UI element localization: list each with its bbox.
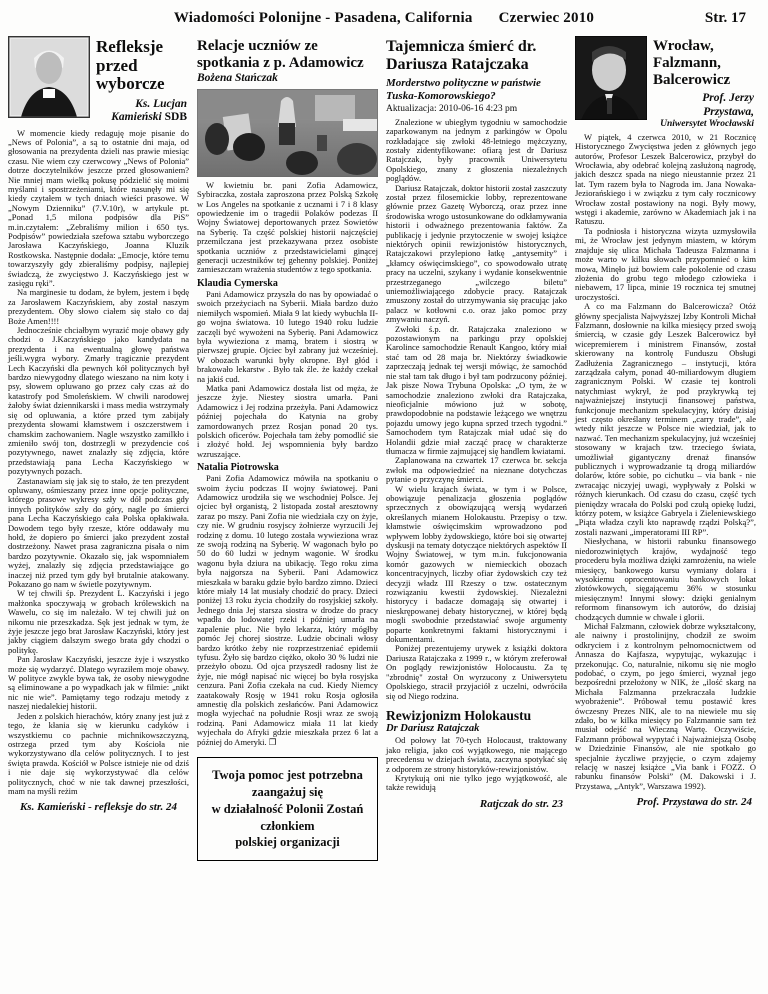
article-relacje: Relacje uczniów ze spotkania z p. Adamow… xyxy=(197,36,378,861)
article-paragraph: Pan Jarosław Kaczyński, jeszcze żyje i w… xyxy=(8,655,189,711)
article-byline: Bożena Stańczak xyxy=(197,72,378,85)
article-subhead: Natalia Piotrowska xyxy=(197,462,378,473)
article-falzmann: Wrocław, Falzmann, Balcerowicz Prof. Jer… xyxy=(575,36,756,861)
article-paragraph: Na marginesie tu dodam, że byłem, jestem… xyxy=(8,288,189,326)
article-title: Relacje uczniów ze spotkania z p. Adamow… xyxy=(197,38,378,72)
article-paragraph: Michał Falzmann, człowiek dobrze wykszta… xyxy=(575,622,756,791)
article-paragraph: Zastanawiam się jak się to stało, że ten… xyxy=(8,477,189,590)
article-paragraph: Ta podniosła i historyczna wizyta uzmysł… xyxy=(575,227,756,302)
article-paragraph: Krytykują oni nie tylko jego wyjątkowość… xyxy=(386,774,567,793)
article-paragraph: W piątek, 4 czerwca 2010, w 21 Rocznicę … xyxy=(575,133,756,227)
article-title: Wrocław, Falzmann, Balcerowicz xyxy=(653,38,756,88)
article-title: Tajemnicza śmierć dr. Dariusza Ratajczak… xyxy=(386,38,567,75)
newspaper-page: Wiadomości Polonijne - Pasadena, Califor… xyxy=(0,0,768,994)
article-paragraph: W momencie kiedy redaguję moje pisanie d… xyxy=(8,129,189,289)
byline-suffix: SDB xyxy=(162,111,187,123)
masthead-title: Wiadomości Polonijne - Pasadena, Califor… xyxy=(174,10,473,26)
article-paragraph: Matka pani Adamowicz dostała list od męż… xyxy=(197,384,378,459)
article-paragraph: Pani Adamowicz przyszła do nas by opowia… xyxy=(197,290,378,384)
article-byline: Prof. Jerzy Przystawa, xyxy=(653,92,756,118)
update-timestamp: Aktualizacja: 2010-06-16 4:23 pm xyxy=(386,104,567,114)
article-subhead: Rewizjonizm Holokaustu xyxy=(386,708,567,723)
balcerowicz-portrait-photo xyxy=(575,36,647,120)
article-header: Wrocław, Falzmann, Balcerowicz Prof. Jer… xyxy=(575,36,756,129)
masthead: Wiadomości Polonijne - Pasadena, Califor… xyxy=(0,10,768,27)
article-paragraph: W wielu krajach świata, w tym i w Polsce… xyxy=(386,485,567,645)
article-paragraph: Od połowy lat 70-tych Holocaust, traktow… xyxy=(386,736,567,774)
article-paragraph: Jeden z polskich hierachów, który znany … xyxy=(8,712,189,797)
article-header: Refleksje przed wyborcze Ks. Lucjan Kami… xyxy=(8,36,189,125)
article-body: Znalezione w ubiegłym tygodniu w samocho… xyxy=(386,118,567,793)
article-body: W kwietniu br. pani Zofia Adamowicz, Syb… xyxy=(197,181,378,747)
article-paragraph: Poniżej prezentujemy urywek z książki do… xyxy=(386,644,567,700)
columns: Refleksje przed wyborcze Ks. Lucjan Kami… xyxy=(8,36,756,861)
article-refleksje: Refleksje przed wyborcze Ks. Lucjan Kami… xyxy=(8,36,189,861)
article-paragraph: W kwietniu br. pani Zofia Adamowicz, Syb… xyxy=(197,181,378,275)
classroom-photo xyxy=(197,89,378,177)
article-byline: Ks. Lucjan Kamieński SDB xyxy=(96,98,189,124)
promo-box: Twoja pomoc jest potrzebna zaangażuj się… xyxy=(197,757,378,861)
article-paragraph: Jednocześnie chciałbym wyrazić moje obaw… xyxy=(8,326,189,477)
article-ratajczak: Tajemnicza śmierć dr. Dariusza Ratajczak… xyxy=(386,36,567,861)
article-paragraph: Pani Zofia Adamowicz mówiła na spotkaniu… xyxy=(197,474,378,747)
page-number: Str. 17 xyxy=(705,10,746,27)
article-affiliation: Uniwersytet Wrocławski xyxy=(653,119,756,129)
article-paragraph: Niesłychana, w historii rabunku finansow… xyxy=(575,537,756,622)
article-subhead: Klaudia Cymerska xyxy=(197,278,378,289)
masthead-date: Czerwiec 2010 xyxy=(499,10,594,26)
article-paragraph: Znalezione w ubiegłym tygodniu w samocho… xyxy=(386,118,567,184)
article-paragraph: Zaplanowana na czwartek 17 czerwca br. s… xyxy=(386,456,567,484)
article-paragraph: Dariusz Ratajczak, doktor historii zosta… xyxy=(386,184,567,325)
article-title: Refleksje przed wyborcze xyxy=(96,38,189,94)
article-paragraph: W tej chwili śp. Prezydent L. Kaczyński … xyxy=(8,589,189,655)
article-subtitle: Morderstwo polityczne w państwie Tuska-K… xyxy=(386,77,567,103)
continuation-note: Ratjczak do str. 23 xyxy=(386,798,567,810)
article-paragraph: A co ma Falzmann do Balcerowicza? Otóż g… xyxy=(575,302,756,537)
article-subhead: Dr Dariusz Ratajczak xyxy=(386,723,567,735)
article-body: W piątek, 4 czerwca 2010, w 21 Rocznicę … xyxy=(575,133,756,791)
priest-portrait-photo xyxy=(8,36,90,118)
article-body: W momencie kiedy redaguję moje pisanie d… xyxy=(8,129,189,797)
continuation-note: Prof. Przystawa do str. 24 xyxy=(575,796,756,808)
continuation-note: Ks. Kamieński - refleksje do str. 24 xyxy=(8,801,189,813)
article-paragraph: Zwłoki ś.p. dr. Ratajczaka znaleziono w … xyxy=(386,325,567,457)
